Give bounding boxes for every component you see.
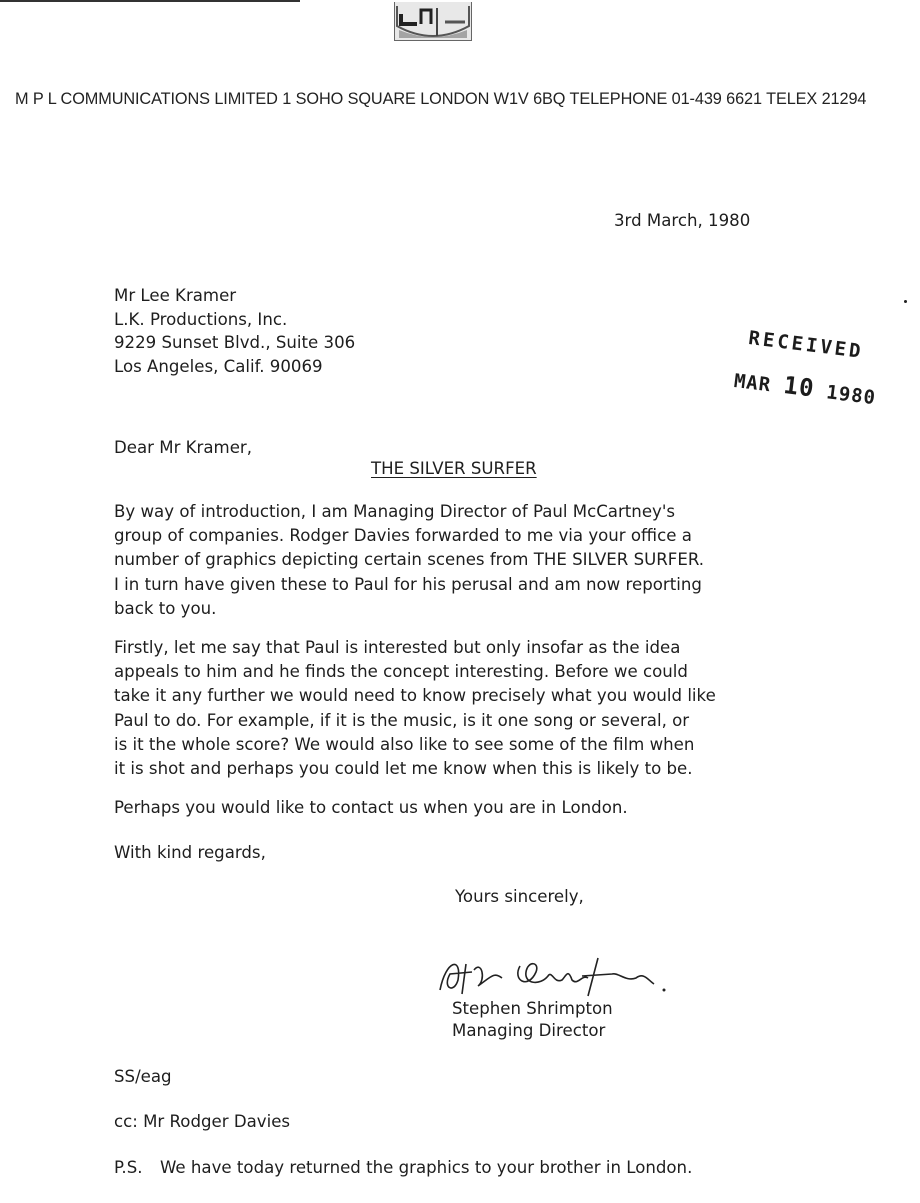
recipient-company: L.K. Productions, Inc.	[114, 308, 355, 332]
body-line: appeals to him and he finds the concept …	[114, 660, 774, 684]
signer-title: Managing Director	[452, 1020, 613, 1042]
body-line: take it any further we would need to kno…	[114, 684, 774, 708]
postscript-text: We have today returned the graphics to y…	[160, 1158, 692, 1177]
letterhead-address: M P L COMMUNICATIONS LIMITED 1 SOHO SQUA…	[15, 90, 915, 109]
reference-initials: SS/eag	[114, 1065, 172, 1089]
stamp-month: MAR	[733, 370, 773, 396]
postscript-label: P.S.	[114, 1156, 160, 1180]
body-line: it is shot and perhaps you could let me …	[114, 757, 774, 781]
body-paragraph-3: Perhaps you would like to contact us whe…	[114, 796, 774, 820]
body-line: Perhaps you would like to contact us whe…	[114, 796, 774, 820]
handwritten-signature-icon	[432, 950, 682, 1000]
recipient-address: Mr Lee Kramer L.K. Productions, Inc. 922…	[114, 284, 355, 378]
body-paragraph-1: By way of introduction, I am Managing Di…	[114, 500, 774, 621]
stamp-label: RECEIVED	[747, 327, 864, 363]
stamp-day: 10	[782, 371, 816, 403]
carbon-copy-line: cc: Mr Rodger Davies	[114, 1110, 290, 1134]
body-line: back to you.	[114, 597, 774, 621]
recipient-street: 9229 Sunset Blvd., Suite 306	[114, 331, 355, 355]
recipient-name: Mr Lee Kramer	[114, 284, 355, 308]
body-line: By way of introduction, I am Managing Di…	[114, 500, 774, 524]
top-edge-line	[0, 0, 300, 2]
recipient-city: Los Angeles, Calif. 90069	[114, 355, 355, 379]
body-line: Firstly, let me say that Paul is interes…	[114, 636, 774, 660]
postscript: P.S.We have today returned the graphics …	[114, 1156, 692, 1180]
body-line: Paul to do. For example, if it is the mu…	[114, 709, 774, 733]
stamp-year: 1980	[825, 381, 877, 409]
body-line: I in turn have given these to Paul for h…	[114, 573, 774, 597]
body-line: is it the whole score? We would also lik…	[114, 733, 774, 757]
received-stamp: RECEIVED MAR 10 1980	[730, 322, 890, 412]
closing-regards: With kind regards,	[114, 841, 266, 865]
body-line: group of companies. Rodger Davies forwar…	[114, 524, 774, 548]
subject-heading: THE SILVER SURFER	[371, 457, 537, 481]
mpl-logo-icon	[394, 2, 472, 41]
signer-block: Stephen Shrimpton Managing Director	[452, 998, 613, 1042]
body-paragraph-2: Firstly, let me say that Paul is interes…	[114, 636, 774, 781]
stamp-date: MAR 10 1980	[733, 365, 878, 410]
salutation: Dear Mr Kramer,	[114, 436, 252, 460]
letter-date: 3rd March, 1980	[614, 209, 750, 233]
signer-name: Stephen Shrimpton	[452, 998, 613, 1020]
valediction: Yours sincerely,	[455, 885, 584, 909]
body-line: number of graphics depicting certain sce…	[114, 548, 774, 572]
scan-speck	[904, 300, 907, 303]
